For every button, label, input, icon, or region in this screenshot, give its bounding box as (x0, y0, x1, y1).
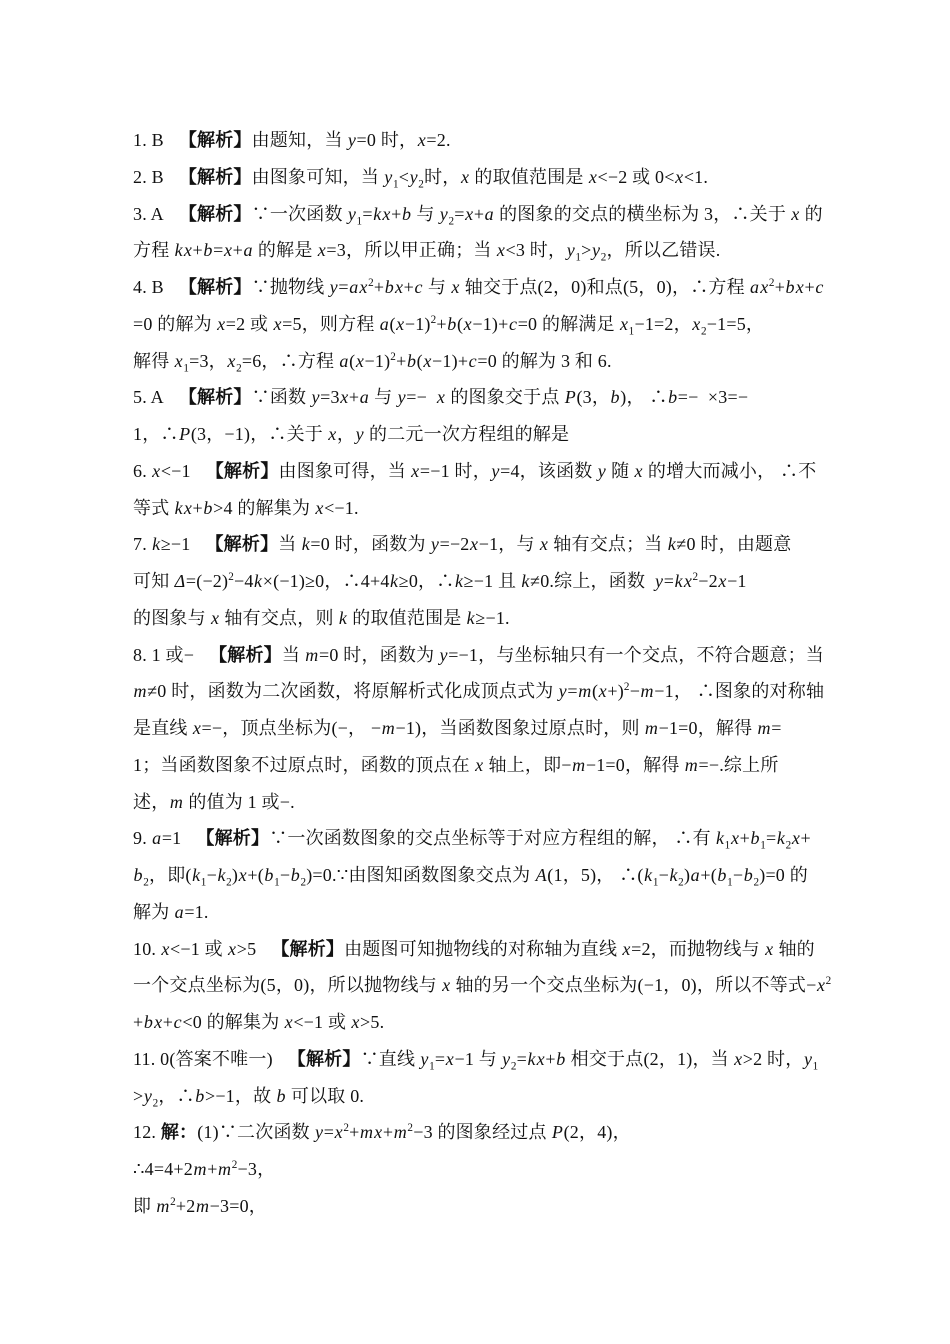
text-line-9: 1，∴P(3，−1)，∴关于 x，y 的二元一次方程组的解是 (133, 416, 833, 453)
answer-label: 6. x<−1 (133, 461, 206, 481)
analysis-tag: 【解析】 (179, 277, 252, 297)
math-text: ∵抛物线 y=ax2+bx+c 与 x 轴交于点(2，0)和点(5，0)，∴方程… (252, 277, 824, 297)
math-text: +bx+c<0 的解集为 x<−1 或 x>5. (133, 1012, 384, 1032)
text-line-15: 8. 1 或−【解析】当 m=0 时，函数为 y=−1，与坐标轴只有一个交点，不… (133, 637, 833, 674)
text-line-1: 1. B【解析】由题知，当 y=0 时，x=2. (133, 122, 833, 159)
subscript: 1 (183, 362, 189, 374)
answer-label: 9. a=1 (133, 828, 196, 848)
subscript: 1 (727, 877, 733, 889)
text-line-2: 2. B【解析】由图象可知，当 y1<y2时，x 的取值范围是 x<−2 或 0… (133, 159, 833, 196)
analysis-tag: 解： (161, 1122, 197, 1142)
answer-label: 2. B (133, 167, 179, 187)
analysis-tag: 【解析】 (206, 461, 279, 481)
subscript: 2 (601, 252, 607, 264)
math-text: 由题知，当 y=0 时，x=2. (252, 130, 451, 150)
math-text: ∵一次函数图象的交点坐标等于对应方程组的解， ∴有 k1x+b1=k2x+ (269, 828, 811, 848)
math-text: 方程 kx+b=x+a 的解是 x=3，所以甲正确；当 x<3 时，y1>y2，… (133, 240, 720, 260)
answer-label: 7. k≥−1 (133, 534, 205, 554)
answer-explanations-block: 1. B【解析】由题知，当 y=0 时，x=2.2. B【解析】由图象可知，当 … (133, 122, 833, 1225)
math-text: m≠0 时，函数为二次函数，将原解析式化成顶点式为 y=m(x+)2−m−1， … (133, 681, 824, 701)
subscript: 1 (653, 877, 659, 889)
math-text: (1)∵二次函数 y=x2+mx+m2−3 的图象经过点 P(2，4)， (197, 1122, 631, 1142)
subscript: 2 (511, 1060, 517, 1072)
subscript: 2 (678, 877, 684, 889)
math-text: 由题图可知抛物线的对称轴为直线 x=2，而抛物线与 x 轴的 (344, 939, 815, 959)
text-line-30: 即 m2+2m−3=0， (133, 1188, 833, 1225)
text-line-12: 7. k≥−1【解析】当 k=0 时，函数为 y=−2x−1，与 x 轴有交点；… (133, 526, 833, 563)
math-text: 是直线 x=−，顶点坐标为(−， −m−1)，当函数图象过原点时，则 m−1=0… (133, 718, 782, 738)
math-text: 当 k=0 时，函数为 y=−2x−1，与 x 轴有交点；当 k≠0 时，由题意 (278, 534, 791, 554)
text-line-24: 一个交点坐标为(5，0)，所以抛物线与 x 轴的另一个交点坐标为(−1，0)，所… (133, 967, 833, 1004)
answer-label: 11. 0(答案不唯一) (133, 1049, 288, 1069)
math-text: 解为 a=1. (133, 902, 209, 922)
superscript: 2 (693, 571, 699, 583)
math-text: 由图象可知，当 y1<y2时，x 的取值范围是 x<−2 或 0<x<1. (252, 167, 708, 187)
subscript: 1 (629, 325, 635, 337)
subscript: 2 (153, 1097, 159, 1109)
subscript: 2 (236, 362, 242, 374)
text-line-14: 的图象与 x 轴有交点，则 k 的取值范围是 k≥−1. (133, 600, 833, 637)
superscript: 2 (431, 314, 437, 326)
math-text: 1，∴P(3，−1)，∴关于 x，y 的二元一次方程组的解是 (133, 424, 569, 444)
superscript: 2 (232, 1159, 238, 1171)
math-text: 述，m 的值为 1 或−. (133, 792, 295, 812)
math-text: 1；当函数图象不过原点时，函数的顶点在 x 轴上，即−m−1=0，解得 m=−.… (133, 755, 779, 775)
subscript: 2 (448, 215, 454, 227)
analysis-tag: 【解析】 (196, 828, 269, 848)
answer-label: 1. B (133, 130, 179, 150)
text-line-7: 解得 x1=3，x2=6，∴方程 a(x−1)2+b(x−1)+c=0 的解为 … (133, 343, 833, 380)
subscript: 1 (813, 1060, 819, 1072)
text-line-25: +bx+c<0 的解集为 x<−1 或 x>5. (133, 1004, 833, 1041)
text-line-4: 方程 kx+b=x+a 的解是 x=3，所以甲正确；当 x<3 时，y1>y2，… (133, 232, 833, 269)
subscript: 1 (274, 877, 280, 889)
text-line-21: b2，即(k1−k2)x+(b1−b2)=0.∵由图知函数图象交点为 A(1，5… (133, 857, 833, 894)
superscript: 2 (826, 975, 832, 987)
answer-label: 10. x<−1 或 x>5 (133, 939, 271, 959)
subscript: 1 (760, 840, 766, 852)
subscript: 1 (201, 877, 207, 889)
superscript: 2 (368, 277, 374, 289)
analysis-tag: 【解析】 (179, 204, 252, 224)
subscript: 2 (143, 877, 149, 889)
answer-label: 5. A (133, 387, 179, 407)
plain-text: 12. (133, 1122, 161, 1142)
text-line-18: 1；当函数图象不过原点时，函数的顶点在 x 轴上，即−m−1=0，解得 m=−.… (133, 747, 833, 784)
subscript: 2 (701, 325, 707, 337)
analysis-tag: 【解析】 (205, 534, 278, 554)
text-line-16: m≠0 时，函数为二次函数，将原解析式化成顶点式为 y=m(x+)2−m−1， … (133, 673, 833, 710)
analysis-tag: 【解析】 (179, 130, 252, 150)
text-line-28: 12. 解：(1)∵二次函数 y=x2+mx+m2−3 的图象经过点 P(2，4… (133, 1114, 833, 1151)
text-line-23: 10. x<−1 或 x>5【解析】由题图可知抛物线的对称轴为直线 x=2，而抛… (133, 931, 833, 968)
text-line-10: 6. x<−1【解析】由图象可得，当 x=−1 时，y=4，该函数 y 随 x … (133, 453, 833, 490)
subscript: 1 (393, 178, 399, 190)
math-text: ∵直线 y1=x−1 与 y2=kx+b 相交于点(2，1)，当 x>2 时，y… (361, 1049, 819, 1069)
superscript: 2 (769, 277, 775, 289)
math-text: 当 m=0 时，函数为 y=−1，与坐标轴只有一个交点，不符合题意；当 (282, 645, 824, 665)
text-line-19: 述，m 的值为 1 或−. (133, 784, 833, 821)
math-text: >y2，∴b>−1，故 b 可以取 0. (133, 1086, 364, 1106)
superscript: 2 (407, 1122, 413, 1134)
analysis-tag: 【解析】 (179, 387, 252, 407)
superscript: 2 (343, 1122, 349, 1134)
text-line-11: 等式 kx+b>4 的解集为 x<−1. (133, 490, 833, 527)
analysis-tag: 【解析】 (209, 645, 282, 665)
analysis-tag: 【解析】 (179, 167, 252, 187)
subscript: 1 (357, 215, 363, 227)
math-text: 等式 kx+b>4 的解集为 x<−1. (133, 498, 359, 518)
math-text: 一个交点坐标为(5，0)，所以抛物线与 x 轴的另一个交点坐标为(−1，0)，所… (133, 975, 831, 995)
math-text: b2，即(k1−k2)x+(b1−b2)=0.∵由图知函数图象交点为 A(1，5… (133, 865, 808, 885)
subscript: 1 (575, 252, 581, 264)
superscript: 2 (390, 351, 396, 363)
subscript: 1 (429, 1060, 435, 1072)
text-line-20: 9. a=1【解析】∵一次函数图象的交点坐标等于对应方程组的解， ∴有 k1x+… (133, 820, 833, 857)
superscript: 2 (170, 1196, 176, 1208)
text-line-13: 可知 Δ=(−2)2−4k×(−1)≥0，∴4+4k≥0，∴k≥−1 且 k≠0… (133, 563, 833, 600)
answer-label: 4. B (133, 277, 179, 297)
math-text: 解得 x1=3，x2=6，∴方程 a(x−1)2+b(x−1)+c=0 的解为 … (133, 351, 612, 371)
subscript: 2 (753, 877, 759, 889)
math-text: ∴4=4+2m+m2−3， (133, 1159, 275, 1179)
math-text: =0 的解为 x=2 或 x=5，则方程 a(x−1)2+b(x−1)+c=0 … (133, 314, 764, 334)
text-line-3: 3. A【解析】∵一次函数 y1=kx+b 与 y2=x+a 的图象的交点的横坐… (133, 196, 833, 233)
text-line-8: 5. A【解析】∵函数 y=3x+a 与 y=− x 的图象交于点 P(3，b)… (133, 379, 833, 416)
text-line-5: 4. B【解析】∵抛物线 y=ax2+bx+c 与 x 轴交于点(2，0)和点(… (133, 269, 833, 306)
superscript: 2 (624, 681, 630, 693)
math-text: ∵一次函数 y1=kx+b 与 y2=x+a 的图象的交点的横坐标为 3，∴关于… (252, 204, 823, 224)
math-text: ∵函数 y=3x+a 与 y=− x 的图象交于点 P(3，b)， ∴b=− ×… (252, 387, 749, 407)
math-text: 可知 Δ=(−2)2−4k×(−1)≥0，∴4+4k≥0，∴k≥−1 且 k≠0… (133, 571, 747, 591)
math-text: 的图象与 x 轴有交点，则 k 的取值范围是 k≥−1. (133, 608, 510, 628)
math-text: 由图象可得，当 x=−1 时，y=4，该函数 y 随 x 的增大而减小， ∴不 (279, 461, 817, 481)
analysis-tag: 【解析】 (288, 1049, 361, 1069)
math-text: 即 m2+2m−3=0， (133, 1196, 267, 1216)
text-line-17: 是直线 x=−，顶点坐标为(−， −m−1)，当函数图象过原点时，则 m−1=0… (133, 710, 833, 747)
math-answer-document-page: 1. B【解析】由题知，当 y=0 时，x=2.2. B【解析】由图象可知，当 … (0, 0, 950, 1344)
subscript: 2 (300, 877, 306, 889)
text-line-22: 解为 a=1. (133, 894, 833, 931)
text-line-6: =0 的解为 x=2 或 x=5，则方程 a(x−1)2+b(x−1)+c=0 … (133, 306, 833, 343)
text-line-27: >y2，∴b>−1，故 b 可以取 0. (133, 1078, 833, 1115)
superscript: 2 (228, 571, 234, 583)
subscript: 2 (418, 178, 424, 190)
text-line-26: 11. 0(答案不唯一)【解析】∵直线 y1=x−1 与 y2=kx+b 相交于… (133, 1041, 833, 1078)
answer-label: 8. 1 或− (133, 645, 209, 665)
analysis-tag: 【解析】 (271, 939, 344, 959)
subscript: 2 (226, 877, 232, 889)
text-line-29: ∴4=4+2m+m2−3， (133, 1151, 833, 1188)
answer-label: 3. A (133, 204, 179, 224)
